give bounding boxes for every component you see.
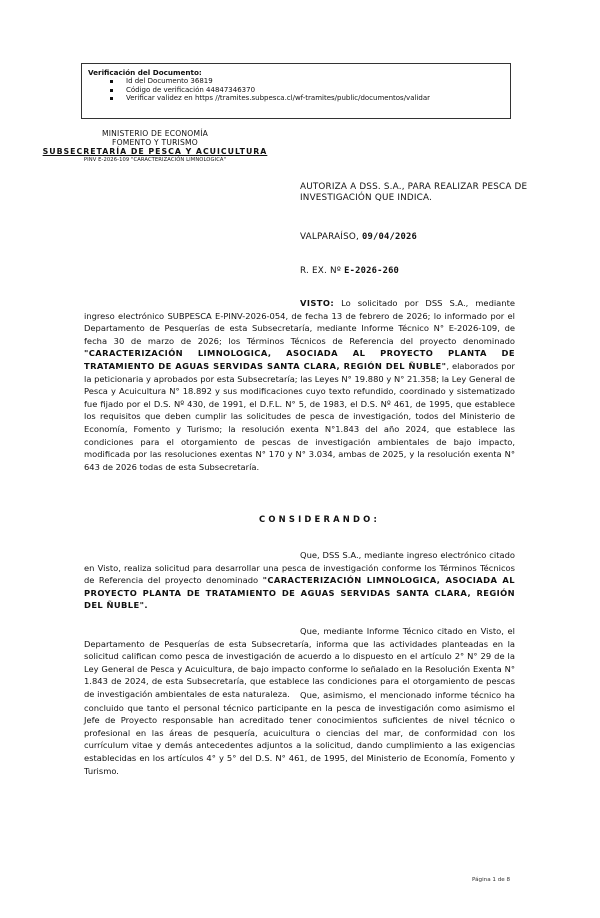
resolution-id: E-2026-260 bbox=[344, 266, 399, 276]
document-id: Id del Documento 36819 bbox=[110, 77, 504, 86]
page-number: Página 1 de 8 bbox=[472, 877, 510, 883]
place-date: VALPARAÍSO, 09/04/2026 bbox=[300, 232, 417, 243]
verification-box: Verificación del Documento: Id del Docum… bbox=[81, 63, 511, 119]
considerando-1: Que, DSS S.A., mediante ingreso electrón… bbox=[84, 549, 515, 612]
date: 09/04/2026 bbox=[362, 232, 417, 242]
ministry-header: MINISTERIO DE ECONOMÍA FOMENTO Y TURISMO… bbox=[40, 129, 270, 164]
verification-url[interactable]: Verificar validez en https //tramites.su… bbox=[110, 94, 504, 103]
considerando-heading: CONSIDERANDO: bbox=[84, 514, 515, 524]
place: VALPARAÍSO, bbox=[300, 232, 362, 242]
file-reference: PINV E-2026-109 "CARACTERIZACIÓN LIMNOLO… bbox=[40, 157, 270, 164]
verification-code: Código de verificación 44847346370 bbox=[110, 86, 504, 95]
verification-title: Verificación del Documento: bbox=[88, 68, 504, 77]
visto-text-2: , elaborados por la peticionaria y aprob… bbox=[84, 361, 515, 472]
subsecretaria-name: SUBSECRETARÍA DE PESCA Y ACUICULTURA bbox=[40, 147, 270, 157]
resolution-prefix: R. EX. Nº bbox=[300, 266, 344, 276]
resolution-number: R. EX. Nº E-2026-260 bbox=[300, 266, 399, 277]
document-subject: AUTORIZA A DSS. S.A., PARA REALIZAR PESC… bbox=[300, 182, 530, 204]
visto-label: VISTO: bbox=[300, 298, 334, 308]
document-page: Verificación del Documento: Id del Docum… bbox=[0, 0, 600, 918]
verification-list: Id del Documento 36819 Código de verific… bbox=[88, 77, 504, 103]
visto-paragraph: VISTO: Lo solicitado por DSS S.A., media… bbox=[84, 297, 515, 473]
considerando-3: Que, asimismo, el mencionado informe téc… bbox=[84, 689, 515, 777]
ministry-name-2: FOMENTO Y TURISMO bbox=[40, 138, 270, 147]
ministry-name: MINISTERIO DE ECONOMÍA bbox=[40, 129, 270, 138]
